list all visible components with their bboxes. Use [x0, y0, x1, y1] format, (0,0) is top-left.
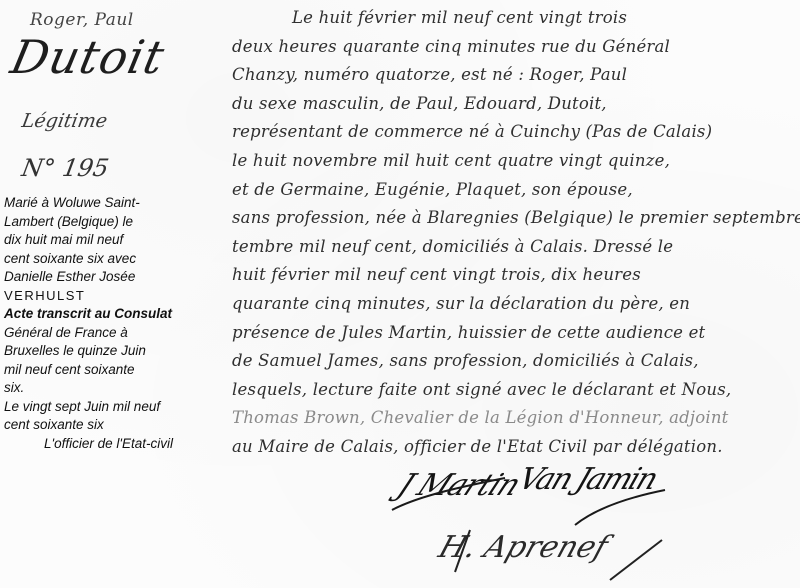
annotation-line: cent soixante six avec — [4, 250, 254, 269]
body-line: tembre mil neuf cent, domiciliés à Calai… — [232, 233, 800, 262]
body-line: sans profession, née à Blaregnies (Belgi… — [232, 204, 800, 233]
record-body: Le huit février mil neuf cent vingt troi… — [232, 4, 800, 462]
annotation-officer-signoff: L'officier de l'Etat-civil — [4, 435, 254, 454]
body-line: du sexe masculin, de Paul, Edouard, Duto… — [232, 90, 800, 119]
annotation-line: mil neuf cent soixante — [4, 361, 254, 380]
body-line: le huit novembre mil huit cent quatre vi… — [232, 147, 800, 176]
body-line: lesquels, lecture faite ont signé avec l… — [232, 376, 800, 405]
signature-text: Van Jamin — [514, 462, 662, 497]
body-line: quarante cinq minutes, sur la déclaratio… — [232, 290, 800, 319]
signature-text: H. Aprenef — [434, 530, 612, 565]
body-line: huit février mil neuf cent vingt trois, … — [232, 261, 800, 290]
document-page: Roger, Paul Dutoit Légitime N° 195 Marié… — [0, 0, 800, 588]
margin-given-names: Roger, Paul — [30, 10, 134, 30]
annotation-line: Lambert (Belgique) le — [4, 213, 254, 232]
annotation-line: Le vingt sept Juin mil neuf — [4, 398, 254, 417]
body-line: Thomas Brown, Chevalier de la Légion d'H… — [232, 404, 800, 433]
annotation-line: Marié à Woluwe Saint- — [4, 194, 254, 213]
annotation-line: Général de France à — [4, 324, 254, 343]
body-line: représentant de commerce né à Cuinchy (P… — [232, 118, 800, 147]
margin-entry-number: N° 195 — [20, 154, 111, 182]
annotation-line: Acte transcrit au Consulat — [4, 305, 254, 324]
annotation-line: Bruxelles le quinze Juin — [4, 342, 254, 361]
body-line: et de Germaine, Eugénie, Plaquet, son ép… — [232, 176, 800, 205]
annotation-spouse-surname: VERHULST — [4, 287, 254, 306]
margin-column: Roger, Paul Dutoit Légitime N° 195 Marié… — [0, 0, 250, 588]
body-line: Le huit février mil neuf cent vingt troi… — [232, 4, 800, 33]
annotation-line: dix huit mai mil neuf — [4, 231, 254, 250]
margin-surname: Dutoit — [6, 30, 169, 84]
margin-legitimacy-status: Légitime — [20, 110, 109, 132]
annotation-line: cent soixante six — [4, 416, 254, 435]
marriage-annotation: Marié à Woluwe Saint- Lambert (Belgique)… — [4, 194, 254, 453]
body-line: présence de Jules Martin, huissier de ce… — [232, 319, 800, 348]
body-line: deux heures quarante cinq minutes rue du… — [232, 33, 800, 62]
signature-text: J Martin — [392, 468, 526, 503]
body-line: Chanzy, numéro quatorze, est né : Roger,… — [232, 61, 800, 90]
signature-witness-martin: J Martin — [392, 468, 526, 503]
signature-officer: H. Aprenef — [434, 530, 612, 565]
annotation-line: six. — [4, 379, 254, 398]
annotation-line: Danielle Esther Josée — [4, 268, 254, 287]
signature-declarant: Van Jamin — [514, 462, 662, 497]
body-line: de Samuel James, sans profession, domici… — [232, 347, 800, 376]
body-line: au Maire de Calais, officier de l'Etat C… — [232, 433, 800, 462]
